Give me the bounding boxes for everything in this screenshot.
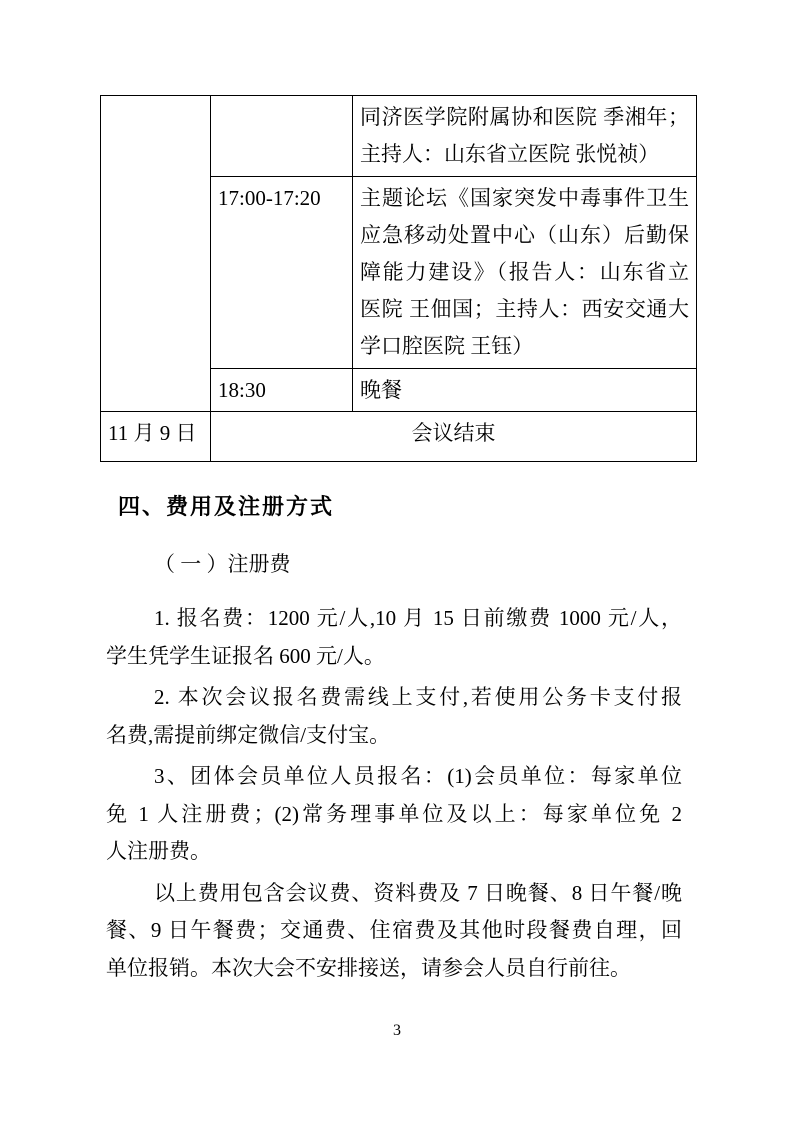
paragraph-registration-fee: 1. 报名费：1200 元/人,10 月 15 日前缴费 1000 元/人， 学… bbox=[106, 600, 682, 675]
paragraph-online-payment: 2. 本次会议报名费需线上支付,若使用公务卡支付报 名费,需提前绑定微信/支付宝… bbox=[106, 679, 682, 754]
session-content-cell: 主题论坛《国家突发中毒事件卫生 应急移动处置中心（山东）后勤保 障能力建设》（报… bbox=[353, 177, 697, 369]
dinner-cell: 晚餐 bbox=[353, 369, 697, 412]
subsection-heading: （ 一 ）注册费 bbox=[106, 546, 682, 583]
document-page: 同济医学院附属协和医院 季湘年； 主持人：山东省立医院 张悦祯） 17:00-1… bbox=[0, 0, 794, 1123]
session-text-line: 学口腔医院 王钰） bbox=[360, 328, 689, 365]
paragraph-line: 学生凭学生证报名 600 元/人。 bbox=[106, 638, 682, 676]
paragraph-fee-coverage: 以上费用包含会议费、资料费及 7 日晚餐、8 日午餐/晚 餐、9 日午餐费；交通… bbox=[106, 875, 682, 988]
page-number: 3 bbox=[0, 1021, 794, 1041]
session-text-line: 障能力建设》（报告人：山东省立 bbox=[360, 254, 689, 291]
conference-schedule-table: 同济医学院附属协和医院 季湘年； 主持人：山东省立医院 张悦祯） 17:00-1… bbox=[100, 95, 697, 462]
time-cell: 18:30 bbox=[211, 369, 353, 412]
table-row: 同济医学院附属协和医院 季湘年； 主持人：山东省立医院 张悦祯） bbox=[101, 96, 697, 177]
paragraph-group-members: 3、团体会员单位人员报名：(1)会员单位：每家单位 免 1 人注册费；(2)常务… bbox=[106, 758, 682, 871]
time-cell: 17:00-17:20 bbox=[211, 177, 353, 369]
section-heading: 四、费用及注册方式 bbox=[118, 492, 682, 522]
paragraph-line: 3、团体会员单位人员报名：(1)会员单位：每家单位 bbox=[106, 758, 682, 796]
paragraph-line: 人注册费。 bbox=[106, 833, 682, 871]
paragraph-line: 餐、9 日午餐费；交通费、住宿费及其他时段餐费自理，回 bbox=[106, 912, 682, 950]
session-text-line: 主持人：山东省立医院 张悦祯） bbox=[360, 136, 689, 173]
paragraph-line: 单位报销。本次大会不安排接送，请参会人员自行前往。 bbox=[106, 950, 682, 988]
fees-section: 四、费用及注册方式 （ 一 ）注册费 1. 报名费：1200 元/人,10 月 … bbox=[106, 492, 682, 991]
time-cell-empty bbox=[211, 96, 353, 177]
paragraph-line: 名费,需提前绑定微信/支付宝。 bbox=[106, 717, 682, 755]
paragraph-line: 以上费用包含会议费、资料费及 7 日晚餐、8 日午餐/晚 bbox=[106, 875, 682, 913]
date-cell: 11 月 9 日 bbox=[101, 412, 211, 462]
session-text-line: 医院 王佃国；主持人：西安交通大 bbox=[360, 291, 689, 328]
closing-cell: 会议结束 bbox=[211, 412, 697, 462]
session-content-cell: 同济医学院附属协和医院 季湘年； 主持人：山东省立医院 张悦祯） bbox=[353, 96, 697, 177]
paragraph-line: 2. 本次会议报名费需线上支付,若使用公务卡支付报 bbox=[106, 679, 682, 717]
session-text-line: 主题论坛《国家突发中毒事件卫生 bbox=[360, 180, 689, 217]
paragraph-line: 1. 报名费：1200 元/人,10 月 15 日前缴费 1000 元/人， bbox=[106, 600, 682, 638]
date-cell-empty bbox=[101, 96, 211, 412]
session-text-line: 应急移动处置中心（山东）后勤保 bbox=[360, 217, 689, 254]
session-text-line: 同济医学院附属协和医院 季湘年； bbox=[360, 99, 689, 136]
table-row: 11 月 9 日 会议结束 bbox=[101, 412, 697, 462]
paragraph-line: 免 1 人注册费；(2)常务理事单位及以上：每家单位免 2 bbox=[106, 796, 682, 834]
